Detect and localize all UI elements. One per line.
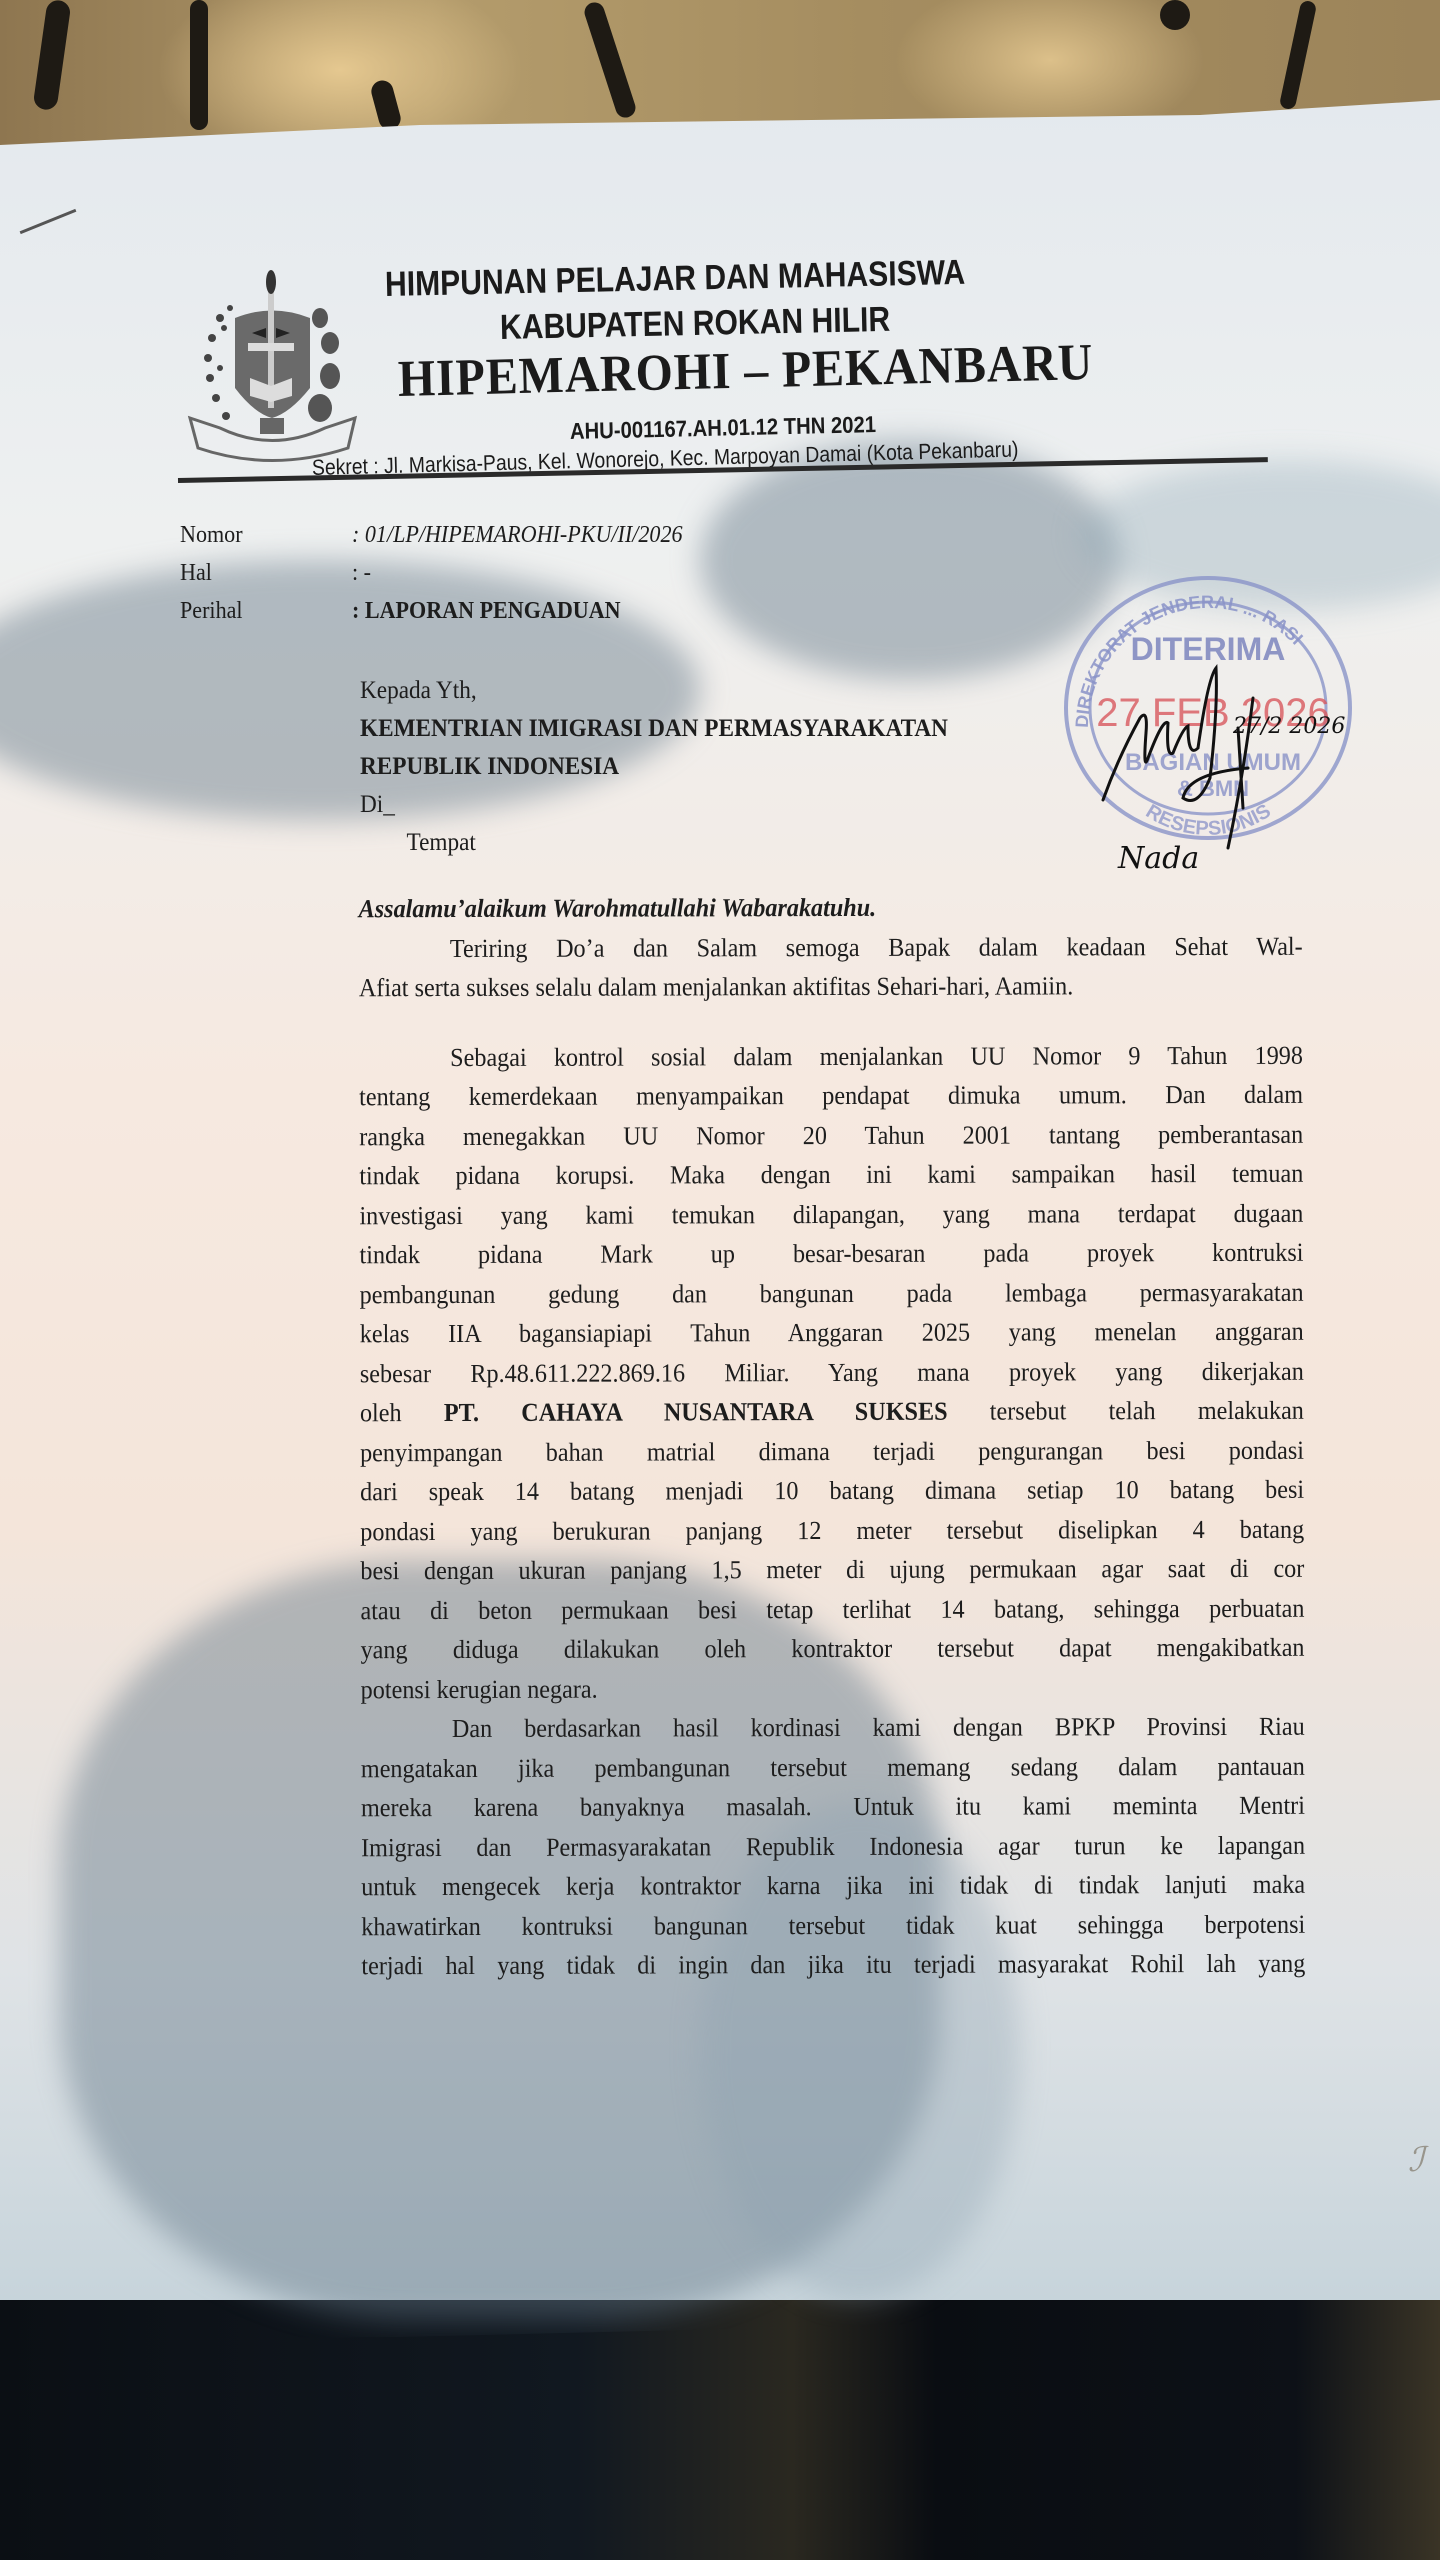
body-line: Dan berdasarkan hasil kordinasi kami den…	[361, 1707, 1305, 1749]
svg-text:RESEPSIONIS: RESEPSIONIS	[1142, 800, 1275, 840]
meta-perihal: Perihal : LAPORAN PENGADUAN	[180, 598, 711, 636]
recipient-di: Di_	[360, 786, 948, 824]
body-line: investigasi yang kami temukan dilapangan…	[359, 1193, 1303, 1235]
corner-mark: ℐ	[1408, 2140, 1424, 2180]
staple-mark	[20, 209, 77, 234]
body-line: mereka karena banyaknya masalah. Untuk i…	[361, 1786, 1305, 1828]
greeting: Assalamu’alaikum Warohmatullahi Wabaraka…	[359, 887, 1303, 929]
handwritten-name: Nada	[1117, 841, 1199, 876]
letter-body: Assalamu’alaikum Warohmatullahi Wabaraka…	[359, 887, 1307, 1986]
handwritten-day: 27/2 2026	[1232, 714, 1345, 739]
recipient-name-line1: KEMENTRIAN IMIGRASI DAN PERMASYARAKATAN	[360, 710, 948, 748]
recipient-block: Kepada Yth, KEMENTRIAN IMIGRASI DAN PERM…	[360, 672, 992, 862]
body-line: terjadi hal yang tidak di ingin dan jika…	[361, 1944, 1305, 1986]
letter-content: HIMPUNAN PELAJAR DAN MAHASISWA KABUPATEN…	[0, 0, 1440, 2560]
body-line: potensi kerugian negara.	[361, 1667, 1305, 1709]
recipient-place: Tempat	[360, 824, 948, 862]
body-line: Sebagai kontrol sosial dalam menjalankan…	[359, 1035, 1303, 1077]
meta-hal: Hal : -	[180, 560, 711, 598]
body-line: Imigrasi dan Permasyarakatan Republik In…	[361, 1825, 1305, 1867]
body-line: tindak pidana Mark up besar-besaran pada…	[359, 1233, 1303, 1275]
contractor-name: PT. CAHAYA NUSANTARA SUKSES	[444, 1397, 948, 1427]
body-line: kelas IIA bagansiapiapi Tahun Anggaran 2…	[360, 1312, 1304, 1354]
stamp-header: DITERIMA	[1131, 631, 1286, 667]
body-line: pondasi yang berukuran panjang 12 meter …	[360, 1509, 1304, 1551]
body-line: Teriring Do’a dan Salam semoga Bapak dal…	[359, 926, 1303, 968]
body-line: pembangunan gedung dan bangunan pada lem…	[360, 1272, 1304, 1314]
letter-meta: Nomor : 01/LP/HIPEMAROHI-PKU/II/2026 Hal…	[180, 522, 711, 636]
recipient-salutation: Kepada Yth,	[360, 672, 948, 710]
body-line: tentang kemerdekaan menyampaikan pendapa…	[359, 1075, 1303, 1117]
body-line: penyimpangan bahan matrial dimana terjad…	[360, 1430, 1304, 1472]
body-line: yang diduga dilakukan oleh kontraktor te…	[361, 1628, 1305, 1670]
body-line: khawatirkan kontruksi bangunan tersebut …	[361, 1904, 1305, 1946]
body-line: atau di beton permukaan besi tetap terli…	[360, 1588, 1304, 1630]
body-line: dari speak 14 batang menjadi 10 batang d…	[360, 1470, 1304, 1512]
meta-nomor: Nomor : 01/LP/HIPEMAROHI-PKU/II/2026	[180, 522, 711, 560]
body-line: oleh PT. CAHAYA NUSANTARA SUKSES tersebu…	[360, 1391, 1304, 1433]
body-line: Afiat serta sukses selalu dalam menjalan…	[359, 966, 1303, 1008]
letterhead-registration: AHU-001167.AH.01.12 THN 2021	[570, 411, 877, 445]
body-line: mengatakan jika pembangunan tersebut mem…	[361, 1746, 1305, 1788]
body-line: tindak pidana korupsi. Maka dengan ini k…	[359, 1154, 1303, 1196]
letterhead-line1: HIMPUNAN PELAJAR DAN MAHASISWA	[385, 253, 966, 305]
paragraph-gap	[359, 1005, 1304, 1037]
body-line: rangka menegakkan UU Nomor 20 Tahun 2001…	[359, 1114, 1303, 1156]
received-stamp: DIREKTORAT JENDERAL ... RASI DITERIMA 27…	[1048, 558, 1368, 878]
stamp-outer-bottom: RESEPSIONIS	[1142, 800, 1275, 840]
organization-logo-icon	[180, 268, 365, 468]
body-line: sebesar Rp.48.611.222.869.16 Miliar. Yan…	[360, 1351, 1304, 1393]
body-line: untuk mengecek kerja kontraktor karna ji…	[361, 1865, 1305, 1907]
body-line: besi dengan ukuran panjang 1,5 meter di …	[360, 1549, 1304, 1591]
recipient-name-line2: REPUBLIK INDONESIA	[360, 748, 948, 786]
